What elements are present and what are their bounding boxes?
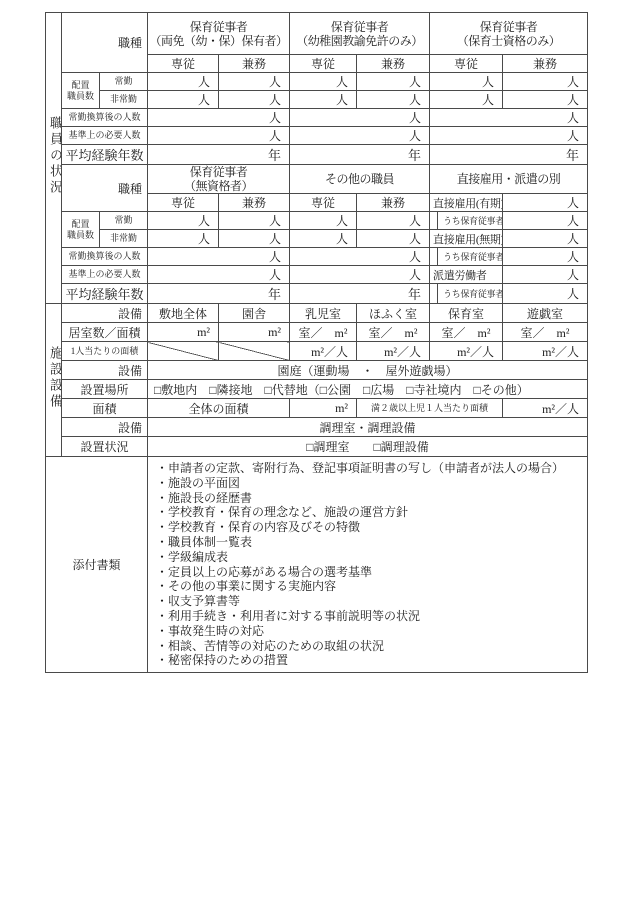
senju-header: 専従	[148, 194, 219, 212]
area-label: 面積	[62, 399, 148, 418]
section-label-facility: 施設設備	[46, 304, 62, 457]
employment-type-header: 直接雇用・派遣の別	[430, 165, 588, 194]
year-field: 年	[148, 145, 290, 165]
room-header-building: 園舎	[219, 304, 290, 323]
area-per-person-field: m²／人	[503, 399, 588, 418]
kenmu-header: 兼務	[357, 55, 430, 73]
count-field: 人	[290, 109, 430, 127]
year-field: 年	[290, 145, 430, 165]
direct-employment-fixed-label: 直接雇用(有期)	[430, 194, 503, 212]
area-per-person-label: 1人当たりの面積	[62, 342, 148, 361]
count-field: 人	[148, 212, 219, 230]
group-header-line2: （保育士資格のみ）	[430, 34, 587, 48]
kitchen-checkbox-options[interactable]: □調理室 □調理設備	[148, 437, 588, 457]
area-field: m²	[290, 399, 357, 418]
of-which-childcare-label: うち保育従事者	[430, 284, 503, 304]
count-field: 人	[148, 91, 219, 109]
count-field: 人	[430, 73, 503, 91]
group-header-unqualified: 保育従事者 （無資格者）	[148, 165, 290, 194]
count-field: 人	[219, 212, 290, 230]
attachments-label: 添付書類	[46, 457, 148, 673]
equipment-label: 設備	[62, 418, 148, 437]
rooms-area-field: 室／ m²	[290, 323, 357, 342]
area-per-person-field: m²／人	[357, 342, 430, 361]
equipment-label: 設備	[62, 304, 148, 323]
staff-count-label: 配置 職員数	[62, 73, 100, 109]
senju-header: 専従	[430, 55, 503, 73]
group-header-line1: 保育従事者	[430, 20, 587, 34]
attachment-item: ・職員体制一覧表	[156, 535, 587, 550]
count-field: 人	[503, 91, 588, 109]
attachment-item: ・利用手続き・利用者に対する事前説明等の状況	[156, 609, 587, 624]
year-field: 年	[290, 284, 430, 304]
group-header-kindergarten-only: 保育従事者 （幼稚園教諭免許のみ）	[290, 13, 430, 55]
fulltime-equivalent-label: 常勤換算後の人数	[62, 248, 148, 266]
kenmu-header: 兼務	[503, 55, 588, 73]
count-field: 人	[290, 266, 430, 284]
group-header-nursery-only: 保育従事者 （保育士資格のみ）	[430, 13, 588, 55]
count-field: 人	[430, 127, 588, 145]
count-field: 人	[503, 230, 588, 248]
count-field: 人	[503, 212, 588, 230]
count-field: 人	[148, 248, 290, 266]
room-header-infant: 乳児室	[290, 304, 357, 323]
attachment-item: ・相談、苦情等の対応のための取組の状況	[156, 639, 587, 654]
group-header-line1: 保育従事者	[148, 20, 289, 34]
count-field: 人	[219, 91, 290, 109]
room-header-site: 敷地全体	[148, 304, 219, 323]
dispatched-worker-label: 派遣労働者	[430, 266, 503, 284]
senju-header: 専従	[290, 194, 357, 212]
group-header-line2: （無資格者）	[148, 179, 289, 193]
count-field: 人	[219, 230, 290, 248]
staff-count-label-line2: 職員数	[62, 91, 99, 102]
staff-count-label-line2: 職員数	[62, 230, 99, 241]
group-header-other-staff: その他の職員	[290, 165, 430, 194]
attachments-table: 添付書類 ・申請者の定款、寄附行為、登記事項証明書の写し（申請者が法人の場合） …	[45, 456, 588, 673]
count-field: 人	[219, 73, 290, 91]
count-field: 人	[290, 73, 357, 91]
section-label-staff: 職員の状況	[46, 13, 62, 304]
attachment-item: ・収支予算書等	[156, 594, 587, 609]
attachment-item: ・秘密保持のための措置	[156, 653, 587, 668]
attachment-item: ・施設長の経歴書	[156, 491, 587, 506]
group-header-line2: （両免（幼・保）保有者）	[148, 34, 289, 48]
kenmu-header: 兼務	[219, 55, 290, 73]
playground-label: 園庭（運動場 ・ 屋外遊戯場）	[148, 361, 588, 380]
group-header-line1: 保育従事者	[290, 20, 429, 34]
attachments-list: ・申請者の定款、寄附行為、登記事項証明書の写し（申請者が法人の場合） ・施設の平…	[148, 457, 588, 673]
count-field: 人	[430, 109, 588, 127]
year-field: 年	[430, 145, 588, 165]
fulltime-label: 常勤	[100, 212, 148, 230]
section-label-staff-text: 職員の状況	[46, 116, 62, 196]
count-field: 人	[357, 73, 430, 91]
count-field: 人	[148, 230, 219, 248]
fulltime-equivalent-label: 常勤換算後の人数	[62, 109, 148, 127]
avg-experience-label: 平均経験年数	[62, 145, 148, 165]
area-per-person-field: m²／人	[430, 342, 503, 361]
crossed-out-cell	[148, 342, 219, 361]
attachment-item: ・学級編成表	[156, 550, 587, 565]
job-type-label: 職種	[62, 165, 148, 212]
staff-status-table: 職員の状況 職種 保育従事者 （両免（幼・保）保有者） 保育従事者 （幼稚園教諭…	[45, 12, 588, 304]
location-checkbox-options[interactable]: □敷地内 □隣接地 □代替地（□公園 □広場 □寺社境内 □その他）	[148, 380, 588, 399]
count-field: 人	[290, 212, 357, 230]
staff-count-label-line1: 配置	[62, 80, 99, 91]
avg-experience-label: 平均経験年数	[62, 284, 148, 304]
required-staff-label: 基準上の必要人数	[62, 127, 148, 145]
rooms-area-field: 室／ m²	[357, 323, 430, 342]
count-field: 人	[503, 284, 588, 304]
attachments-items: ・申請者の定款、寄附行為、登記事項証明書の写し（申請者が法人の場合） ・施設の平…	[148, 457, 587, 672]
group-header-both-license: 保育従事者 （両免（幼・保）保有者）	[148, 13, 290, 55]
rooms-area-field: 室／ m²	[503, 323, 588, 342]
attachment-item: ・申請者の定款、寄附行為、登記事項証明書の写し（申請者が法人の場合）	[156, 461, 587, 476]
staff-count-label: 配置 職員数	[62, 212, 100, 248]
area-per-child-over2-label: 満２歳以上児１人当たり面積	[357, 399, 503, 418]
group-header-line2: （幼稚園教諭免許のみ）	[290, 34, 429, 48]
facility-table: 施設設備 設備 敷地全体 園舎 乳児室 ほふく室 保育室 遊戯室 居室数／面積 …	[45, 303, 588, 457]
count-field: 人	[430, 91, 503, 109]
count-field: 人	[290, 127, 430, 145]
equipment-label: 設備	[62, 361, 148, 380]
form-sheet: 職員の状況 職種 保育従事者 （両免（幼・保）保有者） 保育従事者 （幼稚園教諭…	[45, 12, 587, 673]
attachment-item: ・学校教育・保育の内容及びその特徴	[156, 520, 587, 535]
count-field: 人	[290, 248, 430, 266]
attachment-item: ・定員以上の応募がある場合の選考基準	[156, 565, 587, 580]
job-type-label: 職種	[62, 13, 148, 73]
attachment-item: ・事故発生時の対応	[156, 624, 587, 639]
rooms-area-field: 室／ m²	[430, 323, 503, 342]
area-field: m²	[219, 323, 290, 342]
kenmu-header: 兼務	[219, 194, 290, 212]
crossed-out-cell	[219, 342, 290, 361]
kenmu-header: 兼務	[357, 194, 430, 212]
group-header-line1: 保育従事者	[148, 165, 289, 179]
count-field: 人	[148, 73, 219, 91]
section-label-facility-text: 施設設備	[46, 346, 62, 410]
attachment-item: ・施設の平面図	[156, 476, 587, 491]
count-field: 人	[357, 230, 430, 248]
staff-count-label-line1: 配置	[62, 219, 99, 230]
count-field: 人	[503, 248, 588, 266]
area-per-person-field: m²／人	[503, 342, 588, 361]
count-field: 人	[148, 127, 290, 145]
attachment-item: ・学校教育・保育の理念など、施設の運営方針	[156, 505, 587, 520]
parttime-label: 非常勤	[100, 91, 148, 109]
location-label: 設置場所	[62, 380, 148, 399]
senju-header: 専従	[290, 55, 357, 73]
area-per-person-field: m²／人	[290, 342, 357, 361]
fulltime-label: 常勤	[100, 73, 148, 91]
total-area-label: 全体の面積	[148, 399, 290, 418]
attachment-item: ・その他の事業に関する実施内容	[156, 579, 587, 594]
rooms-area-label: 居室数／面積	[62, 323, 148, 342]
count-field: 人	[503, 73, 588, 91]
count-field: 人	[290, 91, 357, 109]
count-field: 人	[148, 266, 290, 284]
parttime-label: 非常勤	[100, 230, 148, 248]
room-header-play: 遊戯室	[503, 304, 588, 323]
room-header-crawling: ほふく室	[357, 304, 430, 323]
room-header-nursery: 保育室	[430, 304, 503, 323]
installation-status-label: 設置状況	[62, 437, 148, 457]
count-field: 人	[290, 230, 357, 248]
of-which-childcare-label: うち保育従事者	[430, 212, 503, 230]
area-field: m²	[148, 323, 219, 342]
year-field: 年	[148, 284, 290, 304]
required-staff-label: 基準上の必要人数	[62, 266, 148, 284]
count-field: 人	[148, 109, 290, 127]
of-which-childcare-label: うち保育従事者	[430, 248, 503, 266]
count-field: 人	[503, 266, 588, 284]
senju-header: 専従	[148, 55, 219, 73]
count-field: 人	[357, 212, 430, 230]
count-field: 人	[357, 91, 430, 109]
kitchen-label: 調理室・調理設備	[148, 418, 588, 437]
direct-employment-permanent-label: 直接雇用(無期)	[430, 230, 503, 248]
count-field: 人	[503, 194, 588, 212]
